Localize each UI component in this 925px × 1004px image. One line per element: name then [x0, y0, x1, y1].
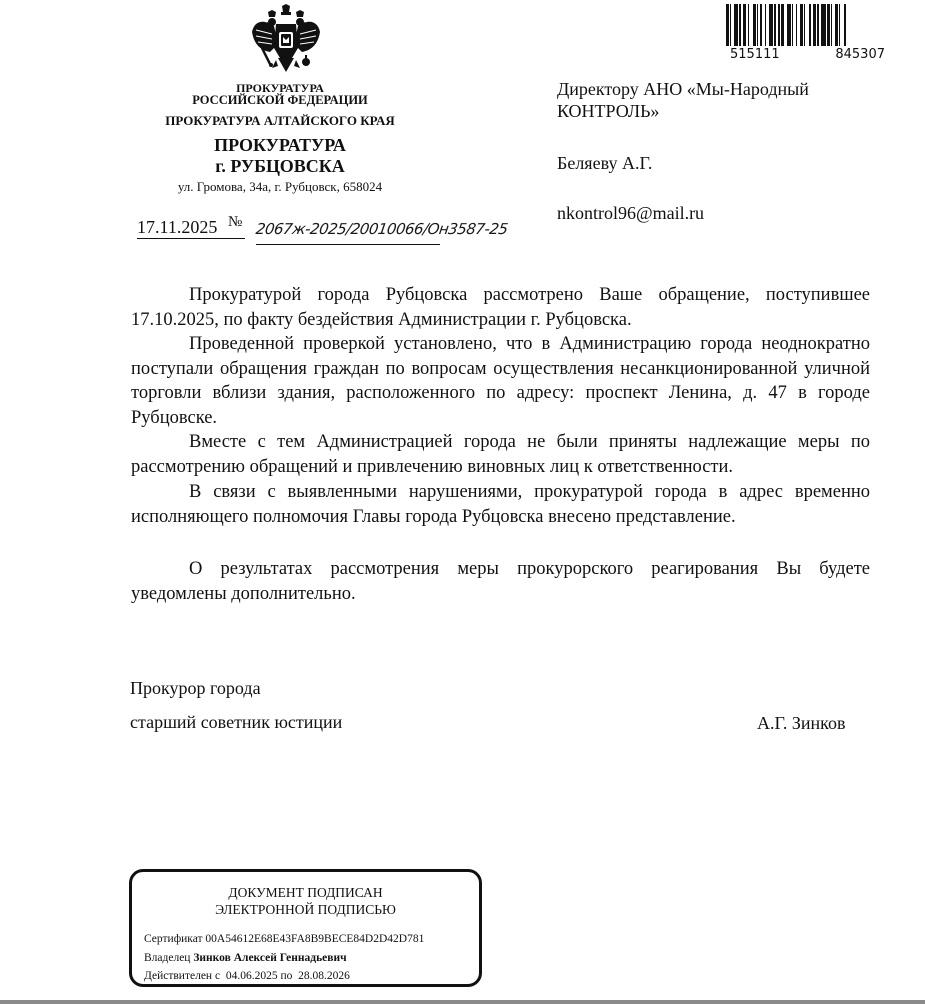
signer-position: Прокурор города	[130, 677, 261, 699]
barcode-right-digits: 845307	[835, 47, 885, 62]
owner-label: Владелец	[144, 952, 190, 964]
header-address: ул. Громова, 34а, г. Рубцовск, 658024	[130, 179, 430, 194]
stamp-title-line2: ЭЛЕКТРОННОЙ ПОДПИСЬЮ	[132, 901, 479, 918]
number-sign: №	[228, 214, 242, 231]
barcode-digits: 515111 845307	[730, 47, 885, 62]
recipient-email: nkontrol96@mail.ru	[557, 202, 704, 224]
recipient-name: Беляеву А.Г.	[557, 152, 652, 174]
valid-to: 28.08.2026	[298, 970, 350, 982]
header-line-russian-federation: РОССИЙСКОЙ ФЕДЕРАЦИИ	[130, 94, 430, 107]
stamp-owner: Владелец Зинков Алексей Геннадьевич	[144, 951, 347, 965]
signer-rank: старший советник юстиции	[130, 711, 342, 733]
certificate-label: Сертификат	[144, 933, 203, 945]
paragraph-text: Вместе с тем Администрацией города не бы…	[131, 432, 870, 477]
valid-to-label: по	[280, 970, 292, 982]
header-line-city-name: г. РУБЦОВСКА	[130, 156, 430, 176]
page-bottom-edge	[0, 1000, 925, 1004]
header-line-altai-krai: ПРОКУРАТУРА АЛТАЙСКОГО КРАЯ	[130, 114, 430, 128]
stamp-validity: Действителен с 04.06.2025 по 28.08.2026	[144, 969, 350, 983]
body-paragraph: Проведенной проверкой установлено, что в…	[131, 332, 870, 430]
registration-number-underline	[256, 244, 440, 245]
registration-number: 2067ж-2025/20010066/Он3587-25	[255, 220, 509, 238]
valid-label: Действителен с	[144, 970, 220, 982]
recipient-title-line2: КОНТРОЛЬ»	[557, 100, 659, 122]
e-signature-stamp: ДОКУМЕНТ ПОДПИСАН ЭЛЕКТРОННОЙ ПОДПИСЬЮ С…	[129, 869, 482, 987]
body-paragraph: Вместе с тем Администрацией города не бы…	[131, 430, 870, 479]
body-paragraph: О результатах рассмотрения меры прокурор…	[131, 557, 870, 606]
barcode-left-digits: 515111	[730, 47, 780, 62]
stamp-title-line1: ДОКУМЕНТ ПОДПИСАН	[132, 884, 479, 901]
header-line-city-prosecutor: ПРОКУРАТУРА	[130, 135, 430, 155]
body-paragraph: Прокуратурой города Рубцовска рассмотрен…	[131, 283, 870, 332]
signer-name: А.Г. Зинков	[757, 712, 846, 734]
paragraph-text: Прокуратурой города Рубцовска рассмотрен…	[131, 285, 870, 330]
paragraph-text: О результатах рассмотрения меры прокурор…	[131, 559, 870, 604]
recipient-title-line1: Директору АНО «Мы-Народный	[557, 78, 809, 100]
coat-of-arms-icon	[248, 4, 324, 80]
paragraph-text: В связи с выявленными нарушениями, проку…	[131, 482, 870, 527]
stamp-certificate: Сертификат 00A54612E68E43FA8B9BECE84D2D4…	[144, 932, 424, 946]
barcode	[726, 4, 882, 46]
paragraph-text: Проведенной проверкой установлено, что в…	[131, 334, 870, 428]
certificate-value: 00A54612E68E43FA8B9BECE84D2D42D781	[205, 933, 424, 945]
body-paragraph: В связи с выявленными нарушениями, проку…	[131, 480, 870, 529]
valid-from: 04.06.2025	[226, 970, 278, 982]
owner-value: Зинков Алексей Геннадьевич	[193, 952, 346, 964]
